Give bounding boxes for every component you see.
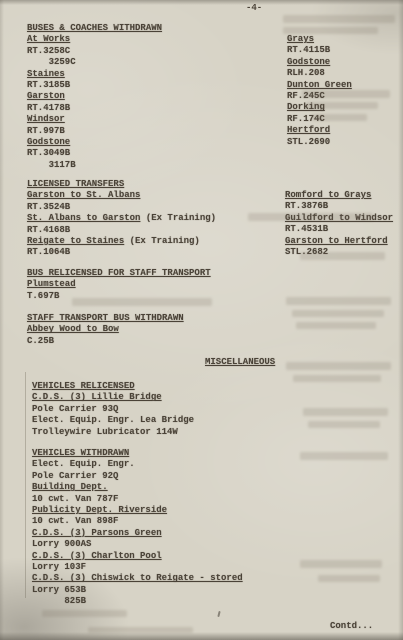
ghost-bleedthrough — [72, 298, 212, 306]
ghost-bleedthrough — [286, 362, 391, 370]
location-heading: At Works — [27, 34, 162, 45]
fleet-entry: RT.4115B — [287, 45, 352, 56]
location-heading: C.D.S. (3) Chiswick to Reigate - stored — [32, 573, 243, 584]
fleet-entry: RT.997B — [27, 126, 162, 137]
fleet-entry: STL.2690 — [287, 137, 352, 148]
ghost-bleedthrough — [300, 560, 382, 568]
fleet-entry: RT.4531B — [285, 224, 393, 235]
fleet-entry: C.25B — [27, 336, 184, 347]
ghost-bleedthrough — [306, 102, 378, 109]
location-heading: Grays — [287, 34, 352, 45]
ghost-bleedthrough — [292, 310, 384, 317]
ink-speck — [217, 611, 220, 617]
ghost-bleedthrough — [88, 627, 193, 633]
section-title: BUSES & COACHES WITHDRAWN — [27, 23, 162, 34]
location-heading: Garston — [27, 91, 162, 102]
section-title: VEHICLES WITHDRAWN — [32, 448, 243, 459]
fleet-entry: RT.4178B — [27, 103, 162, 114]
location-heading: Windsor — [27, 114, 162, 125]
transfer-route: Reigate to Staines (Ex Training) — [27, 236, 216, 247]
location-heading: Elect. Equip. Engr. Lea Bridge — [32, 415, 194, 426]
location-heading: Staines — [27, 69, 162, 80]
fleet-entry: 825B — [32, 596, 243, 607]
fold-crease — [25, 372, 26, 598]
section-title: VEHICLES RELICENSED — [32, 381, 194, 392]
location-heading: Abbey Wood to Bow — [27, 324, 184, 335]
fleet-entry: RT.3258C — [27, 46, 162, 57]
location-heading: C.D.S. (3) Parsons Green — [32, 528, 243, 539]
location-heading: Elect. Equip. Engr. — [32, 459, 243, 470]
location-heading: Publicity Dept. Riverside — [32, 505, 243, 516]
section-title: LICENSED TRANSFERS — [27, 179, 216, 190]
ghost-bleedthrough — [286, 297, 391, 305]
location-heading: C.D.S. (3) Charlton Pool — [32, 551, 243, 562]
fleet-entry: Pole Carrier 92Q — [32, 471, 243, 482]
fleet-entry: Trolleywire Lubricator 114W — [32, 427, 194, 438]
route-heading: St. Albans to Garston — [27, 213, 140, 223]
ghost-bleedthrough — [283, 15, 395, 23]
ghost-bleedthrough — [318, 575, 380, 582]
fleet-entry: 3117B — [27, 160, 162, 171]
ghost-bleedthrough — [42, 610, 127, 617]
fleet-entry: Lorry 653B — [32, 585, 243, 596]
ghost-bleedthrough — [303, 408, 388, 416]
fleet-entry: RLH.208 — [287, 68, 352, 79]
ghost-bleedthrough — [248, 213, 373, 221]
section-title: BUS RELICENSED FOR STAFF TRANSPORT — [27, 268, 211, 279]
ghost-bleedthrough — [293, 375, 381, 382]
transfer-route: St. Albans to Garston (Ex Training) — [27, 213, 216, 224]
ghost-bleedthrough — [296, 322, 376, 329]
misc-heading: MISCELLANEOUS — [205, 357, 275, 368]
transfer-route: Garston to St. Albans — [27, 190, 216, 201]
fleet-entry: RT.1064B — [27, 247, 216, 258]
fleet-entry: 10 cwt. Van 787F — [32, 494, 243, 505]
fleet-entry: RT.3049B — [27, 148, 162, 159]
route-heading: Garston to St. Albans — [27, 190, 140, 200]
section-licensed-transfers-left: LICENSED TRANSFERS Garston to St. Albans… — [27, 179, 216, 259]
route-heading: Garston to Hertford — [285, 236, 393, 247]
contd-note: Contd... — [330, 621, 373, 632]
fleet-entry: RT.4168B — [27, 225, 216, 236]
fleet-entry: Lorry 900AS — [32, 539, 243, 550]
ghost-bleedthrough — [300, 252, 385, 260]
ghost-bleedthrough — [302, 90, 390, 98]
route-heading: Romford to Grays — [285, 190, 393, 201]
section-buses-coaches-withdrawn-left: BUSES & COACHES WITHDRAWN At Works RT.32… — [27, 23, 162, 171]
location-heading: C.D.S. (3) Lillie Bridge — [32, 392, 194, 403]
location-heading: Building Dept. — [32, 482, 243, 493]
section-title: STAFF TRANSPORT BUS WITHDRAWN — [27, 313, 184, 324]
ghost-bleedthrough — [312, 114, 367, 121]
fleet-entry: RT.3876B — [285, 201, 393, 212]
ghost-bleedthrough — [283, 27, 378, 34]
fleet-entry: Lorry 103F — [32, 562, 243, 573]
fleet-entry: RT.3524B — [27, 202, 216, 213]
section-vehicles-relicensed: VEHICLES RELICENSED C.D.S. (3) Lillie Br… — [32, 381, 194, 438]
fleet-entry: RT.3185B — [27, 80, 162, 91]
section-licensed-transfers-right: Romford to Grays RT.3876B Guildford to W… — [285, 190, 393, 258]
ghost-bleedthrough — [300, 452, 388, 460]
suffix-note: (Ex Training) — [140, 213, 216, 223]
section-staff-transport-bus-withdrawn: STAFF TRANSPORT BUS WITHDRAWN Abbey Wood… — [27, 313, 184, 347]
fleet-entry: 3259C — [27, 57, 162, 68]
location-heading: Plumstead — [27, 279, 211, 290]
suffix-note: (Ex Training) — [124, 236, 200, 246]
fleet-entry: Pole Carrier 93Q — [32, 404, 194, 415]
location-heading: Godstone — [27, 137, 162, 148]
fleet-entry: 10 cwt. Van 898F — [32, 516, 243, 527]
section-vehicles-withdrawn: VEHICLES WITHDRAWN Elect. Equip. Engr. P… — [32, 448, 243, 608]
document-sheet: -4- BUSES & COACHES WITHDRAWN At Works R… — [0, 0, 403, 640]
page-number: -4- — [246, 3, 262, 14]
route-heading: Reigate to Staines — [27, 236, 124, 246]
location-heading: Godstone — [287, 57, 352, 68]
location-heading: Hertford — [287, 125, 352, 136]
ghost-bleedthrough — [308, 421, 380, 428]
